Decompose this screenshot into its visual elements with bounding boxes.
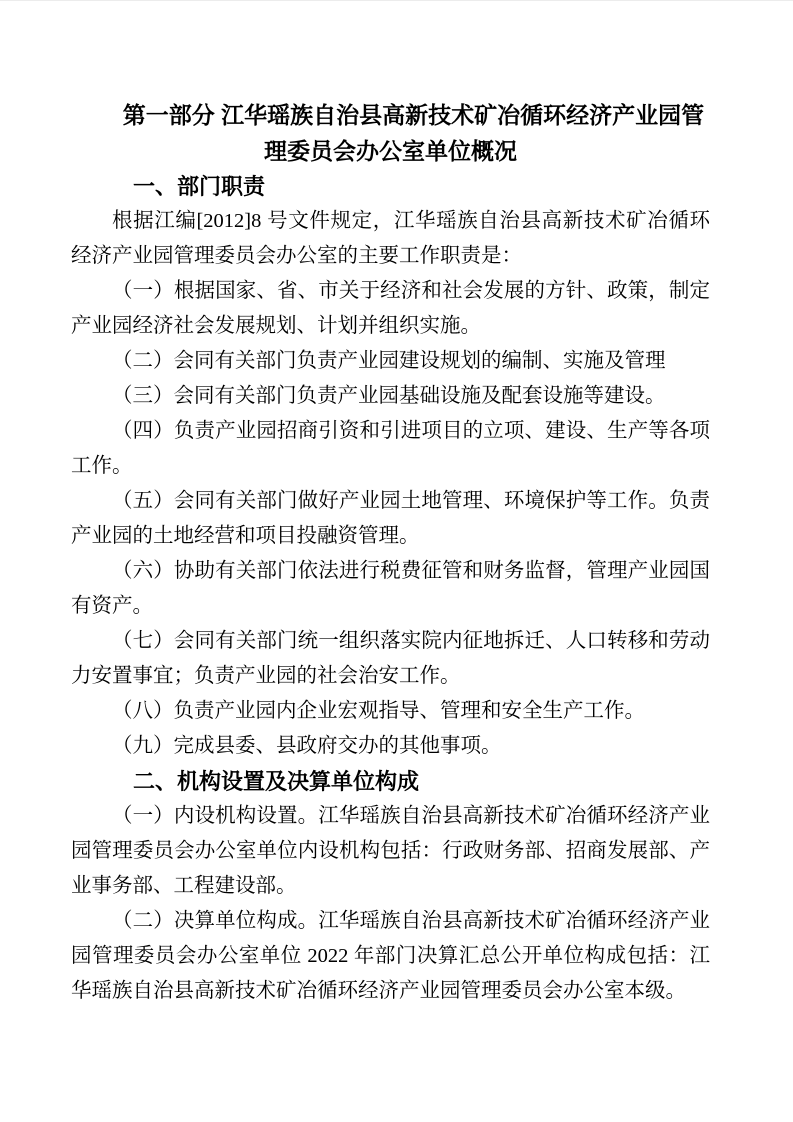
paragraph: （八）负责产业园内企业宏观指导、管理和安全生产工作。 bbox=[71, 694, 710, 729]
paragraph: （三）会同有关部门负责产业园基础设施及配套设施等建设。 bbox=[71, 379, 710, 414]
paragraph: （二）会同有关部门负责产业园建设规划的编制、实施及管理 bbox=[71, 344, 710, 379]
paragraph: 根据江编[2012]8 号文件规定，江华瑶族自治县高新技术矿冶循环经济产业园管理… bbox=[71, 204, 710, 274]
document-page: 第一部分 江华瑶族自治县高新技术矿冶循环经济产业园管理委员会办公室单位概况 一、… bbox=[0, 0, 793, 1122]
section-heading: 一、部门职责 bbox=[71, 169, 710, 204]
section-heading: 二、机构设置及决算单位构成 bbox=[71, 764, 710, 799]
paragraph: （二）决算单位构成。江华瑶族自治县高新技术矿冶循环经济产业园管理委员会办公室单位… bbox=[71, 904, 710, 1009]
document-title-line: 第一部分 江华瑶族自治县高新技术矿冶循环经济产业园管 bbox=[123, 102, 704, 128]
paragraph: （六）协助有关部门依法进行税费征管和财务监督，管理产业园国有资产。 bbox=[71, 554, 710, 624]
document-sections: 一、部门职责根据江编[2012]8 号文件规定，江华瑶族自治县高新技术矿冶循环经… bbox=[71, 169, 710, 1009]
paragraph: （七）会同有关部门统一组织落实院内征地拆迁、人口转移和劳动力安置事宜；负责产业园… bbox=[71, 624, 710, 694]
paragraph: （一）内设机构设置。江华瑶族自治县高新技术矿冶循环经济产业园管理委员会办公室单位… bbox=[71, 799, 710, 904]
document-title-line: 理委员会办公室单位概况 bbox=[264, 138, 517, 164]
paragraph: （四）负责产业园招商引资和引进项目的立项、建设、生产等各项工作。 bbox=[71, 414, 710, 484]
paragraph: （一）根据国家、省、市关于经济和社会发展的方针、政策，制定产业园经济社会发展规划… bbox=[71, 274, 710, 344]
document-content: 第一部分 江华瑶族自治县高新技术矿冶循环经济产业园管理委员会办公室单位概况 一、… bbox=[71, 97, 710, 1009]
document-title: 第一部分 江华瑶族自治县高新技术矿冶循环经济产业园管理委员会办公室单位概况 bbox=[71, 97, 710, 169]
paragraph: （九）完成县委、县政府交办的其他事项。 bbox=[71, 729, 710, 764]
paragraph: （五）会同有关部门做好产业园土地管理、环境保护等工作。负责产业园的土地经营和项目… bbox=[71, 484, 710, 554]
